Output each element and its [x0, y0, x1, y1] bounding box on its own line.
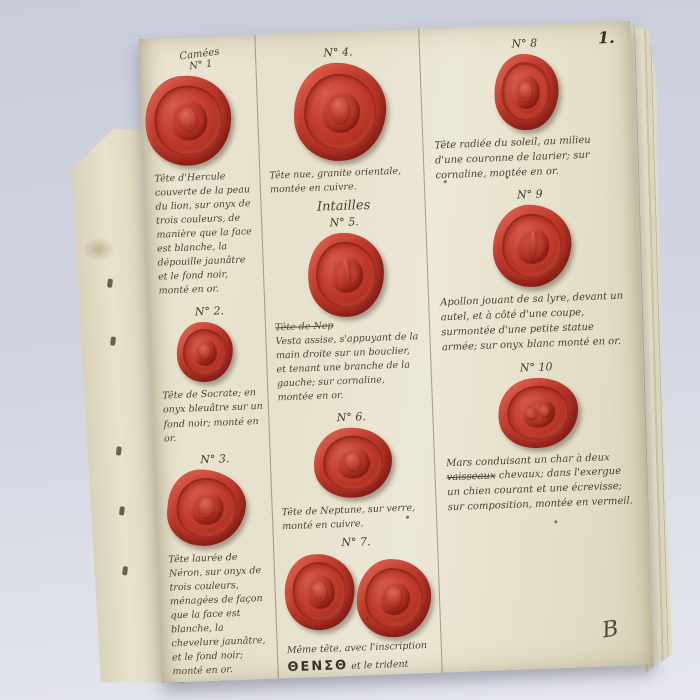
- column-right: 1. N° 8 Tête radiée du soleil, au milieu…: [419, 21, 653, 672]
- seal-rim: [151, 82, 225, 159]
- seal-rim: [289, 560, 351, 626]
- entry-description-9: Apollon jouant de sa lyre, devant un aut…: [440, 290, 629, 356]
- binding-stitch: [116, 446, 122, 456]
- wax-seal-pair-7: [283, 550, 432, 641]
- column-intailles: N° 4. Tête nue, granite orientale, monté…: [254, 29, 442, 679]
- entry-label-2: N° 2.: [159, 303, 259, 320]
- paper-stain: [81, 236, 116, 262]
- ink-speck: [506, 176, 509, 179]
- seal-rim: [314, 240, 379, 311]
- entry-description-10: Mars conduisant un char à deux vaisseaux…: [446, 450, 635, 516]
- binding-stitch: [107, 278, 113, 288]
- entry-description-4: Tête nue, granite orientale, montée en c…: [269, 164, 416, 197]
- seal-impression-head: [335, 447, 370, 479]
- seal-impression-figure: [514, 228, 550, 266]
- wax-seal-6: [313, 427, 394, 500]
- wax-seal-5: [305, 230, 388, 320]
- manuscript-page: Camées N° 1 Tête d'Hercule couverte de l…: [138, 21, 653, 683]
- entry-label-3: N° 3.: [165, 450, 265, 467]
- ink-speck: [444, 180, 447, 183]
- seal-impression-head: [377, 581, 410, 616]
- binding-stitch: [122, 566, 128, 576]
- wax-seal-7b: [356, 558, 432, 638]
- seal-impression-head: [303, 574, 338, 611]
- entry-label-4: N° 4.: [265, 43, 411, 61]
- seal-rim: [174, 476, 240, 540]
- seal-impression-figure: [328, 255, 364, 295]
- page-number: 1.: [598, 28, 615, 48]
- entry-description-7: Même tête, avec l'inscription ΘΕΝΣΘ et l…: [287, 639, 435, 683]
- entry-description-5: Vesta assise, s'appuyant de la main droi…: [275, 330, 423, 406]
- wax-seal-9: [491, 203, 573, 289]
- seal-rim-wreath: [500, 62, 552, 123]
- entry-description-2: Tête de Socrate; en onyx bleuâtre sur un…: [162, 386, 264, 446]
- seal-rim: [504, 382, 572, 443]
- wax-seal-7a: [280, 550, 359, 634]
- ink-speck: [366, 617, 369, 620]
- entry-label-9: N° 9: [436, 185, 623, 205]
- seal-impression-head: [511, 75, 540, 109]
- struck-out-word: vaisseaux: [446, 471, 495, 484]
- seal-rim: [322, 435, 385, 492]
- seal-impression-head: [168, 99, 210, 142]
- entry-description-8: Tête radiée du soleil, au milieu d'une c…: [434, 133, 623, 184]
- wax-seal-2: [176, 321, 234, 383]
- binding-stitch: [119, 506, 125, 516]
- seal-rim: [364, 567, 424, 630]
- entry-label-6: N° 6.: [278, 408, 424, 426]
- ink-speck: [406, 516, 409, 519]
- wax-seal-1: [141, 71, 236, 170]
- entry-label-10: N° 10: [442, 357, 629, 377]
- seal-rim: [182, 328, 227, 376]
- entry-label-8: N° 8: [431, 34, 618, 54]
- seal-impression-head: [320, 90, 361, 133]
- seal-rim: [500, 213, 564, 280]
- entry-description-1: Tête d'Hercule couverte de la peau du li…: [154, 169, 259, 299]
- seal-impression-head: [192, 339, 217, 366]
- seal-rim: [304, 73, 377, 151]
- entry-description-3: Tête laurée de Néron, sur onyx de trois …: [168, 549, 273, 679]
- seal-impression-head: [188, 490, 225, 526]
- wax-seal-4: [293, 62, 387, 161]
- signature-mark: B: [600, 616, 620, 643]
- entry-label-7: N° 7.: [283, 533, 429, 551]
- entry-label-5: N° 5.: [271, 213, 417, 231]
- wax-seal-10: [494, 373, 581, 451]
- seal-impression-chariot: [519, 395, 557, 429]
- photo-background: Camées N° 1 Tête d'Hercule couverte de l…: [0, 0, 700, 700]
- wax-seal-3: [164, 466, 248, 548]
- wax-seal-8: [493, 53, 560, 131]
- greek-inscription: ΘΕΝΣΘ: [287, 658, 348, 675]
- binding-stitch: [110, 336, 116, 346]
- column-header: Camées N° 1: [149, 43, 251, 77]
- description-prefix: Même tête, avec l'inscription: [287, 640, 428, 656]
